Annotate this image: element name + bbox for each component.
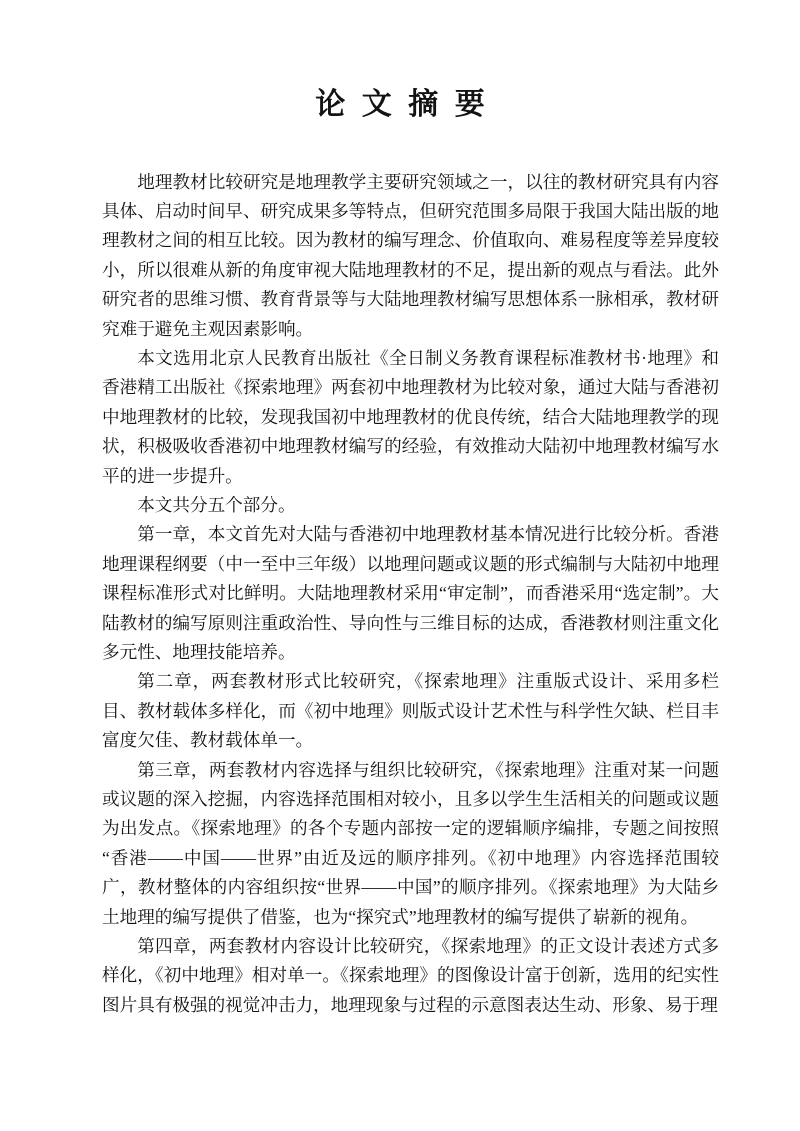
abstract-paragraph-chapter3: 第三章，两套教材内容选择与组织比较研究，《探索地理》注重对某一问题或议题的深入挖… xyxy=(102,756,719,932)
document-page: 论文摘要 地理教材比较研究是地理教学主要研究领域之一，以往的教材研究具有内容具体… xyxy=(0,0,800,1131)
abstract-paragraph-structure: 本文共分五个部分。 xyxy=(102,491,719,520)
abstract-paragraph-subjects: 本文选用北京人民教育出版社《全日制义务教育课程标准教材书·地理》和香港精工出版社… xyxy=(102,344,719,491)
abstract-paragraph-chapter2: 第二章，两套教材形式比较研究，《探索地理》注重版式设计、采用多栏目、教材载体多样… xyxy=(102,667,719,755)
abstract-body: 地理教材比较研究是地理教学主要研究领域之一，以往的教材研究具有内容具体、启动时间… xyxy=(102,168,719,1021)
abstract-paragraph-intro: 地理教材比较研究是地理教学主要研究领域之一，以往的教材研究具有内容具体、启动时间… xyxy=(102,168,719,344)
page-title: 论文摘要 xyxy=(0,0,800,124)
abstract-paragraph-chapter1: 第一章，本文首先对大陆与香港初中地理教材基本情况进行比较分析。香港地理课程纲要（… xyxy=(102,520,719,667)
abstract-paragraph-chapter4: 第四章，两套教材内容设计比较研究，《探索地理》的正文设计表述方式多样化，《初中地… xyxy=(102,932,719,1020)
